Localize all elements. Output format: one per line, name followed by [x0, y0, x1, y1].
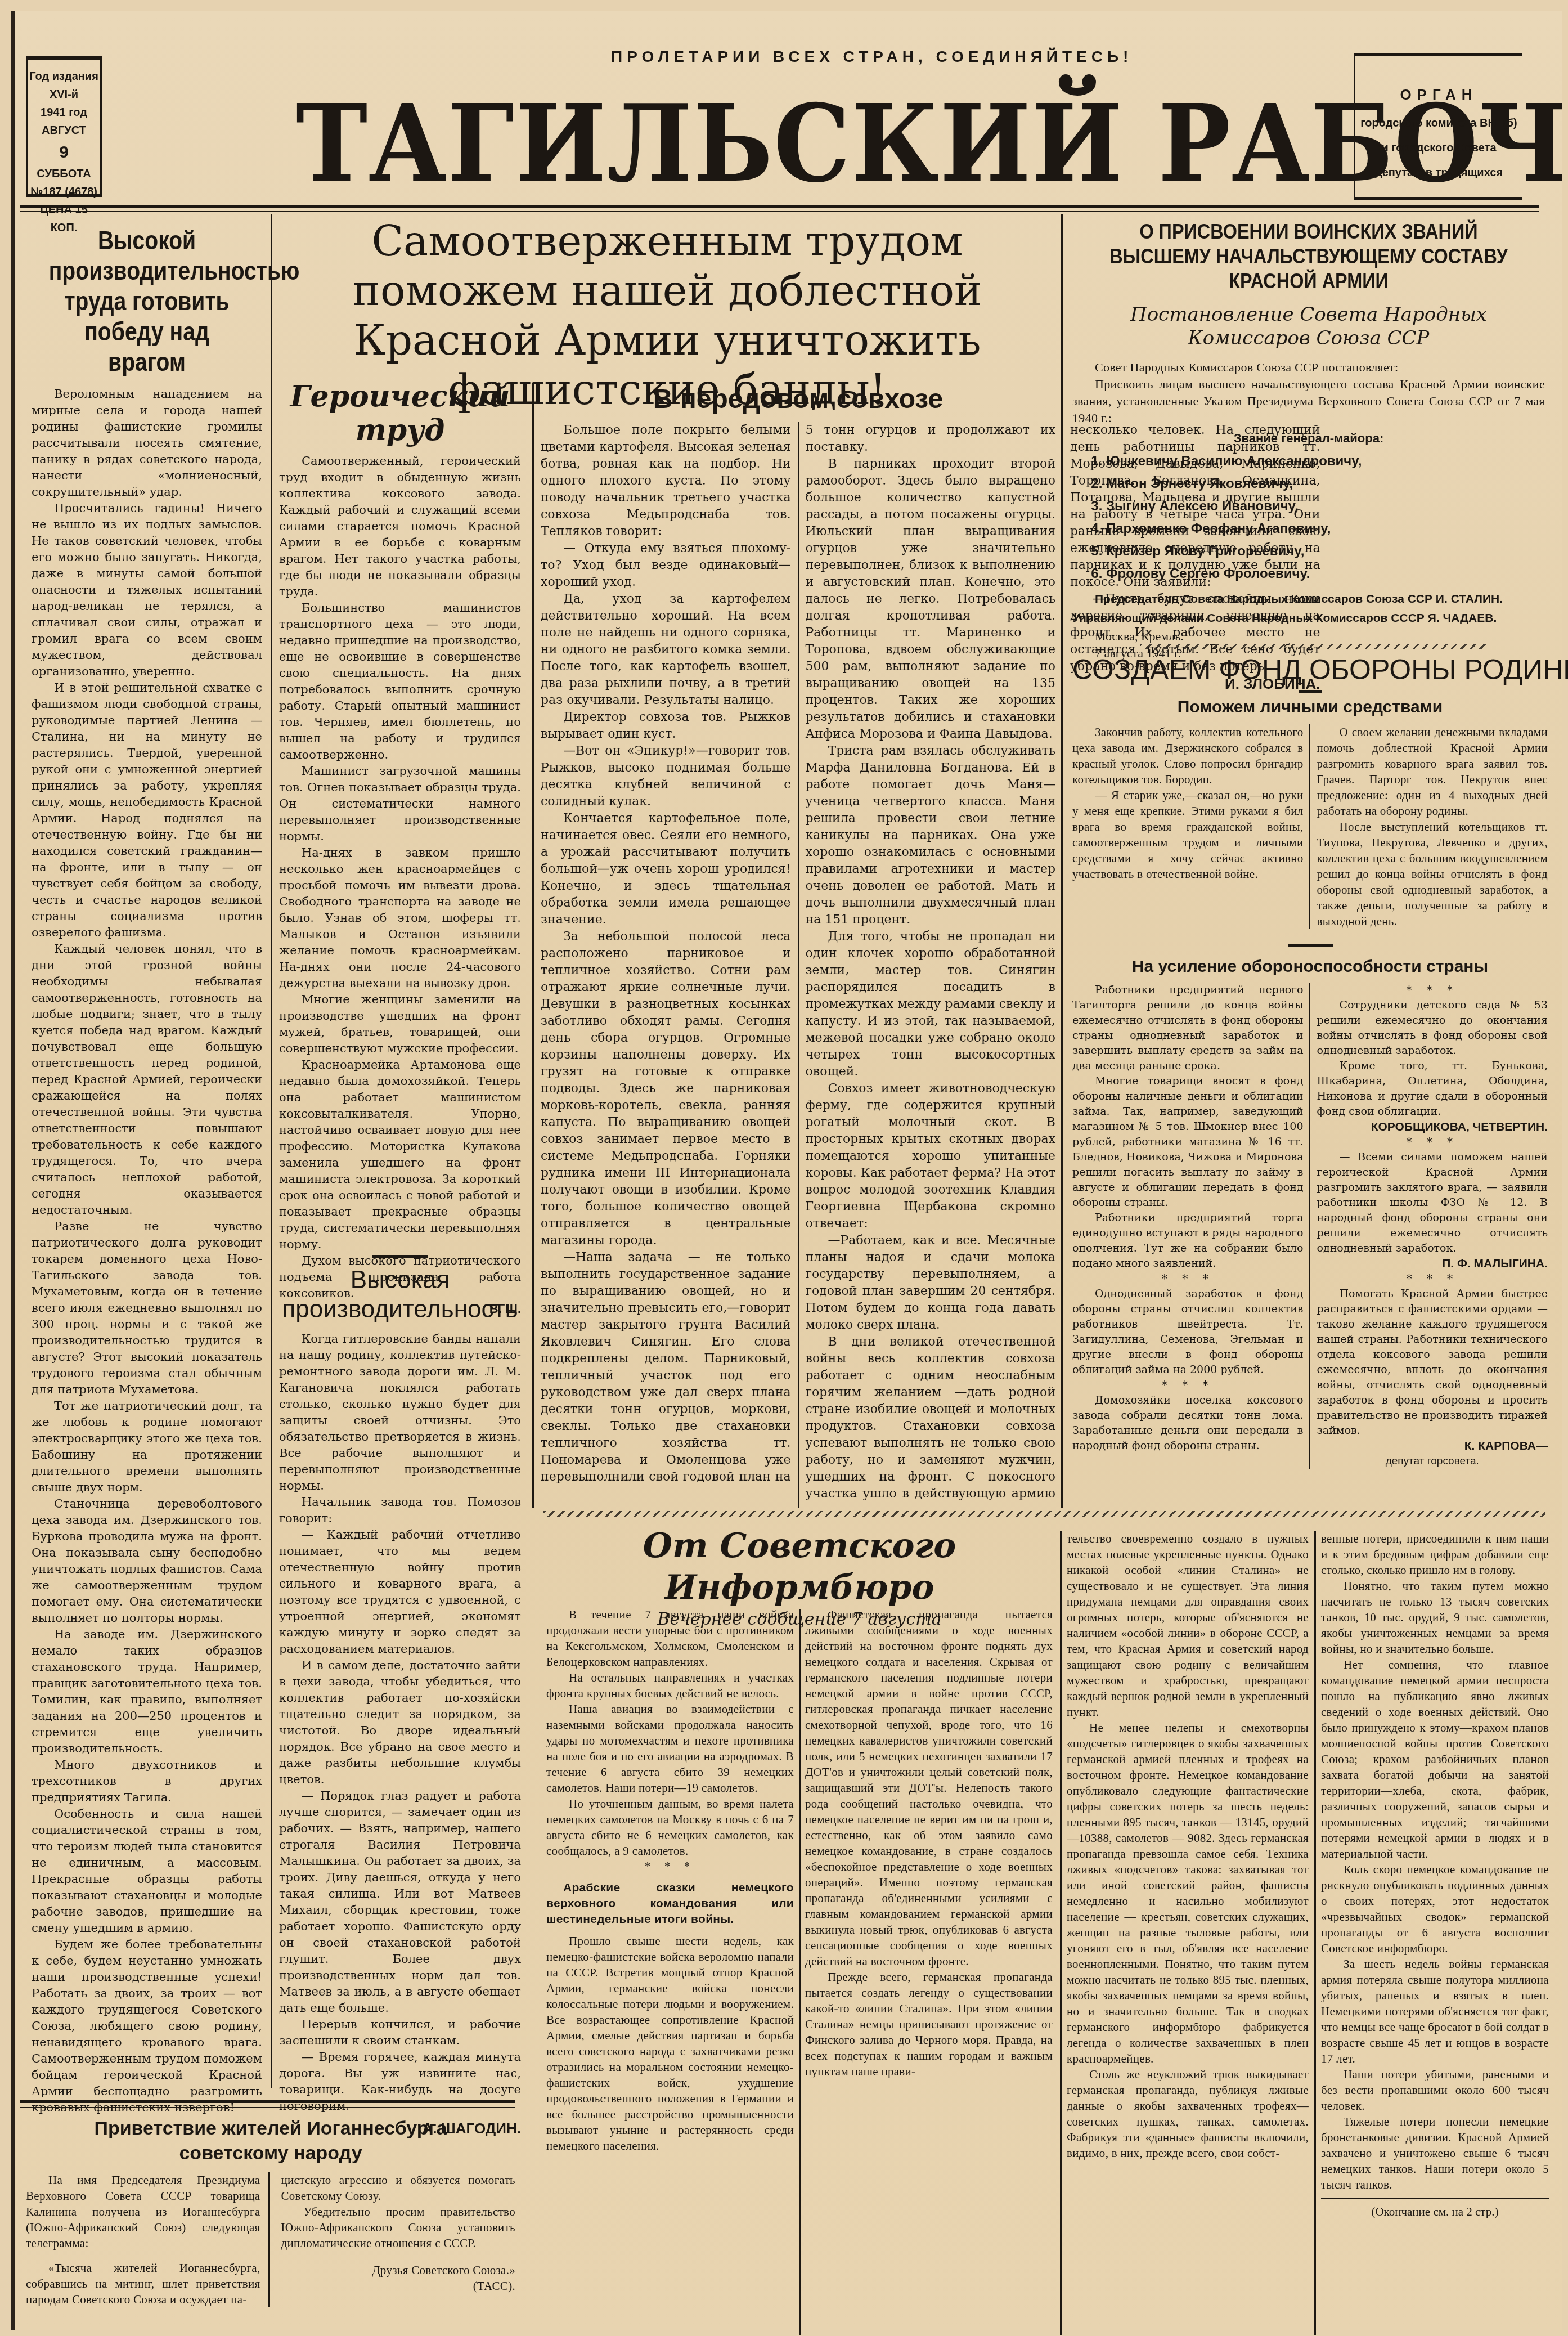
- paragraph: Прошло свыше шести недель, как немецко-ф…: [546, 1933, 794, 2154]
- column-rule: [1061, 214, 1063, 1508]
- list-item: Магон Эрнесту Яковлевичу,: [1106, 473, 1545, 495]
- separator: [20, 2107, 515, 2108]
- paragraph: Кончается картофельное поле, начинается …: [541, 810, 791, 929]
- paragraph: Самоотверженный, героический труд входит…: [279, 453, 521, 600]
- johannesburg-right: цистскую агрессию и обязуется помогать С…: [281, 2172, 516, 2307]
- paragraph: На заводе им. Дзержинского немало таких …: [32, 1626, 262, 1757]
- subsection-title: Арабские сказки немецкого верховного ком…: [546, 1880, 794, 1927]
- paragraph: Столь же неуклюжий трюк выкидывает герма…: [1067, 2066, 1309, 2161]
- high-productivity-headline: Высокая производительность: [279, 1266, 521, 1324]
- strengthen-left: Работники предприятий первого Тагилторга…: [1072, 983, 1310, 1469]
- johannesburg-left: На имя Председателя Президиума Верховног…: [26, 2172, 270, 2307]
- high-productivity-body: Когда гитлеровские банды напали на нашу …: [279, 1331, 521, 2114]
- paragraph: Закончив работу, коллектив котельного це…: [1072, 724, 1304, 787]
- personal-funds-body: Закончив работу, коллектив котельного це…: [1072, 724, 1548, 929]
- issue-number: №187 (4678): [28, 183, 100, 201]
- paragraph: Много двухсотников и трехсотников в друг…: [32, 1757, 262, 1806]
- paragraph: Совет Народных Комиссаров Союза ССР пост…: [1072, 359, 1545, 376]
- paragraph: Станочница деревоболтового цеха завода и…: [32, 1496, 262, 1626]
- paragraph: Совхоз имеет животноводческую ферму, где…: [806, 1080, 1056, 1232]
- separator: [543, 1511, 1545, 1517]
- issue-info-box: Год издания XVI-й 1941 год АВГУСТ 9 СУББ…: [26, 56, 102, 197]
- signature: Друзья Советского Союза.»: [281, 2262, 516, 2278]
- edition-month: АВГУСТ: [28, 122, 100, 140]
- column-rule: [1314, 1531, 1316, 2335]
- separator: [1140, 644, 1489, 649]
- edition-weekday: СУББОТА: [28, 165, 100, 183]
- paragraph: тельство своевременно создало в нужных м…: [1067, 1531, 1309, 1720]
- paragraph: Помогать Красной Армии быстрее расправит…: [1317, 1286, 1548, 1438]
- paragraph: Однодневный заработок в фонд обороны стр…: [1072, 1286, 1304, 1378]
- stars-separator: * * *: [1317, 983, 1548, 998]
- paragraph: — Всеми силами поможем нашей героической…: [1317, 1150, 1548, 1256]
- heroic-labor-body: Самоотверженный, героический труд входит…: [279, 453, 521, 1302]
- paragraph: Домохозяйки поселка коксового завода соб…: [1072, 1393, 1304, 1454]
- high-productivity-article: Высокая производительность Когда гитлеро…: [279, 1255, 521, 2137]
- stars-separator: * * *: [1072, 1378, 1304, 1393]
- paragraph: Каждый человек понял, что в дни этой гро…: [32, 941, 262, 1218]
- paragraph: — Откуда ему взяться плохому-то? Уход бы…: [541, 540, 791, 591]
- edition-date-year: 1941 год: [28, 104, 100, 122]
- paragraph: — Я старик уже,—сказал он,—но руки у мен…: [1072, 787, 1304, 882]
- column-rule: [532, 383, 534, 1508]
- paragraph: Прежде всего, германская пропаганда пыта…: [805, 1969, 1053, 2079]
- editorial-article: Высокой производительностью труда готови…: [32, 225, 262, 2116]
- source-tag: (ТАСС).: [281, 2278, 516, 2294]
- informburo-col-3: тельство своевременно создало в нужных м…: [1067, 1531, 1309, 2161]
- paragraph: Красноармейка Артамонова еще недавно был…: [279, 1057, 521, 1253]
- paragraph: О своем желании денежными вкладами помоч…: [1317, 724, 1548, 819]
- editorial-headline: Высокой производительностью труда готови…: [49, 225, 245, 377]
- decree-headline: О ПРИСВОЕНИИ ВОИНСКИХ ЗВАНИЙ ВЫСШЕМУ НАЧ…: [1096, 219, 1521, 294]
- personal-funds-left: Закончив работу, коллектив котельного це…: [1072, 724, 1310, 929]
- decree-subheadline: Постановление Совета Народных Комиссаров…: [1072, 303, 1545, 350]
- informburo-headline: От Советского Информбюро: [546, 1525, 1053, 1608]
- organ-line: городского комитета ВКП(б): [1355, 111, 1522, 136]
- slogan: ПРОЛЕТАРИИ ВСЕХ СТРАН, СОЕДИНЯЙТЕСЬ!: [611, 48, 1174, 66]
- paragraph: Фашистская пропаганда пытается лживыми с…: [805, 1607, 1053, 1969]
- paragraph: «Тысяча жителей Иоганнесбурга, собравшис…: [26, 2260, 260, 2307]
- organ-box: ОРГАН городского комитета ВКП(б) и город…: [1354, 53, 1522, 200]
- separator: [1299, 690, 1322, 693]
- edition-year: Год издания XVI-й: [28, 68, 100, 104]
- paragraph: Директор совхоза тов. Рыжков вырывает од…: [541, 709, 791, 743]
- heroic-labor-article: Героический труд Самоотверженный, героич…: [279, 380, 521, 1316]
- strengthen-body: Работники предприятий первого Тагилторга…: [1072, 983, 1548, 1469]
- paragraph: За шесть недель войны германская армия п…: [1321, 1956, 1549, 2066]
- list-item: Фролову Сергею Фролоевичу.: [1106, 563, 1545, 585]
- paragraph: В течение 7 августа наши войска продолжа…: [546, 1607, 794, 1670]
- signature: КОРОБЩИКОВА, ЧЕТВЕРТИН.: [1317, 1119, 1548, 1135]
- paragraph: Да, уход за картофелем действительно хор…: [541, 591, 791, 709]
- newspaper-title: ТАГИЛЬСКИЙ РАБОЧИЙ: [296, 90, 1055, 197]
- masthead-rule: [20, 205, 1539, 208]
- paragraph: Многие женщины заменили на производстве …: [279, 992, 521, 1057]
- paragraph: Машинист загрузочной машины тов. Огнев п…: [279, 763, 521, 845]
- defense-fund-section: СОЗДАЕМ ФОНД ОБОРОНЫ РОДИНЫ Поможем личн…: [1072, 653, 1548, 1469]
- paragraph: венные потери, присоединили к ним наши и…: [1321, 1531, 1549, 1578]
- list-item: Юшкевичу Василию Александровичу,: [1106, 450, 1545, 473]
- separator: [1288, 944, 1333, 947]
- paragraph: — Порядок глаз радует и работа лучше спо…: [279, 1788, 521, 2016]
- column-rule: [799, 1609, 801, 2335]
- list-item: Зыгину Алексею Ивановичу,: [1106, 495, 1545, 518]
- column-text: венные потери, присоединили к ним наши и…: [1321, 1531, 1549, 2192]
- signature: К. КАРПОВА—: [1317, 1438, 1548, 1454]
- personal-funds-headline: Поможем личными средствами: [1072, 696, 1548, 719]
- signature-role: депутат горсовета.: [1317, 1454, 1548, 1469]
- decree-rank-title: Звание генерал-майора:: [1072, 431, 1545, 446]
- paragraph: Убедительно просим правительство Южно-Аф…: [281, 2204, 516, 2251]
- paragraph: Коль скоро немецкое командование не риск…: [1321, 1862, 1549, 1956]
- decree-article: О ПРИСВОЕНИИ ВОИНСКИХ ЗВАНИЙ ВЫСШЕМУ НАЧ…: [1072, 219, 1545, 662]
- paragraph: — Каждый рабочий отчетливо понимает, что…: [279, 1527, 521, 1657]
- paragraph: Работники предприятий торга единодушно в…: [1072, 1210, 1304, 1271]
- editorial-body: Вероломным нападением на мирные села и г…: [32, 386, 262, 2116]
- paragraph: Разве не чувство патриотического долга р…: [32, 1218, 262, 1398]
- decree-body: Совет Народных Комиссаров Союза ССР пост…: [1072, 359, 1545, 427]
- column-rule: [1060, 1531, 1062, 2335]
- column-text: В течение 7 августа наши войска продолжа…: [546, 1607, 794, 2154]
- organ-line: депутатов трудящихся: [1355, 160, 1522, 185]
- decree-chairman: Председатель Совета Народных Комиссаров …: [1072, 590, 1545, 609]
- list-item: Пархоменко Феофану Агаповичу,: [1106, 518, 1545, 540]
- paragraph: Наша авиация во взаимодействии с наземны…: [546, 1701, 794, 1796]
- paragraph: Понятно, что таким путем можно насчитать…: [1321, 1578, 1549, 1657]
- paragraph: Тот же патриотический долг, та же любовь…: [32, 1398, 262, 1496]
- paragraph: — Время горячее, каждая минута дорога. В…: [279, 2049, 521, 2114]
- paragraph: За небольшой полосой леса расположено па…: [541, 929, 791, 1249]
- paragraph: Для того, чтобы не пропадал ни один клоч…: [806, 929, 1056, 1080]
- paragraph: Триста рам взялась обслуживать Марфа Дан…: [806, 743, 1056, 929]
- separator: [20, 2100, 515, 2103]
- decree-manager: Управляющий делами Совета Народных Комис…: [1072, 609, 1545, 628]
- strengthen-headline: На усиление обороноспособности страны: [1072, 956, 1548, 978]
- paragraph: Просчитались гадины! Ничего не вышло из …: [32, 500, 262, 680]
- organ-line: и городского Совета: [1355, 136, 1522, 160]
- paragraph: Нет сомнения, что главное командование н…: [1321, 1657, 1549, 1862]
- paragraph: Не менее нелепы и смехотворны «подсчеты»…: [1067, 1720, 1309, 2066]
- column-rule: [271, 214, 272, 2088]
- separator: [372, 1255, 428, 1258]
- stars-separator: * * *: [1317, 1271, 1548, 1286]
- signature: П. Ф. МАЛЫГИНА.: [1317, 1256, 1548, 1271]
- organ-title: ОРГАН: [1355, 79, 1522, 111]
- sovkhoz-article: В передовом совхозе Большое поле покрыто…: [541, 383, 1055, 1508]
- paragraph: По уточненным данным, во время налета не…: [546, 1796, 794, 1859]
- defense-fund-banner: СОЗДАЕМ ФОНД ОБОРОНЫ РОДИНЫ: [1072, 653, 1548, 687]
- stars-separator: * * *: [1317, 1135, 1548, 1150]
- paragraph: Будем же более требовательны к себе, буд…: [32, 1936, 262, 2116]
- sovkhoz-headline: В передовом совхозе: [541, 383, 1055, 416]
- informburo-col-2: Фашистская пропаганда пытается лживыми с…: [805, 1607, 1053, 2079]
- separator: [1321, 2198, 1549, 2199]
- paragraph: Большинство машинистов транспортного цех…: [279, 600, 521, 763]
- paragraph: Работники предприятий первого Тагилторга…: [1072, 983, 1304, 1074]
- column-text: Фашистская пропаганда пытается лживыми с…: [805, 1607, 1053, 2079]
- list-item: Крейзер Якову Григорьевичу,: [1106, 540, 1545, 563]
- paragraph: Когда гитлеровские банды напали на нашу …: [279, 1331, 521, 1494]
- paragraph: цистскую агрессию и обязуется помогать С…: [281, 2172, 516, 2204]
- masthead-rule-thin: [20, 211, 1539, 212]
- paragraph: Наши потери убитыми, ранеными и без вест…: [1321, 2066, 1549, 2114]
- paragraph: Перерыв кончился, и рабочие заспешили к …: [279, 2016, 521, 2049]
- paragraph: —Работаем, как и все. Месячные планы над…: [806, 1232, 1056, 1334]
- paragraph: —Вот он «Эпикур!»—говорит тов. Рыжков, в…: [541, 743, 791, 810]
- paragraph: На остальных направлениях и участках фро…: [546, 1670, 794, 1701]
- johannesburg-article: Приветствие жителей Иоганнесбурга советс…: [26, 2116, 515, 2307]
- paragraph: На-днях в завком пришло несколько жен кр…: [279, 845, 521, 992]
- stars-separator: * * *: [1072, 1271, 1304, 1286]
- continued-note: (Окончание см. на 2 стр.): [1321, 2205, 1549, 2219]
- johannesburg-body: На имя Председателя Президиума Верховног…: [26, 2172, 515, 2307]
- paragraph: Присвоить лицам высшего начальствующего …: [1072, 376, 1545, 427]
- informburo-col-4: венные потери, присоединили к ним наши и…: [1321, 1531, 1549, 2219]
- personal-funds-right: О своем желании денежными вкладами помоч…: [1317, 724, 1548, 929]
- paragraph: Большое поле покрыто белыми цветами карт…: [541, 422, 791, 540]
- sovkhoz-body: Большое поле покрыто белыми цветами карт…: [541, 422, 1055, 1508]
- decree-place: Москва, Кремль.: [1072, 628, 1545, 645]
- paragraph: Тяжелые потери понесли немецкие бронетан…: [1321, 2114, 1549, 2192]
- paragraph: После выступлений котельщиков тт. Тиунов…: [1317, 819, 1548, 929]
- paragraph: Начальник завода тов. Помозов говорит:: [279, 1494, 521, 1527]
- paragraph: Многие товарищи вносят в фонд обороны на…: [1072, 1074, 1304, 1210]
- paragraph: В парниках проходит второй рамооборот. З…: [806, 456, 1056, 743]
- paragraph: Вероломным нападением на мирные села и г…: [32, 386, 262, 500]
- edition-day: 9: [28, 140, 100, 165]
- heroic-labor-headline: Героический труд: [279, 380, 521, 447]
- paragraph: На имя Председателя Президиума Верховног…: [26, 2172, 260, 2251]
- strengthen-right: * * * Сотрудники детского сада № 53 реши…: [1317, 983, 1548, 1469]
- decree-names-list: Юшкевичу Василию Александровичу, Магон Э…: [1106, 450, 1545, 585]
- paragraph: И в этой решительной схватке с фашизмом …: [32, 680, 262, 941]
- column-text: тельство своевременно создало в нужных м…: [1067, 1531, 1309, 2161]
- paragraph: И в самом деле, достаточно зайти в цехи …: [279, 1657, 521, 1788]
- paragraph: Особенность и сила нашей социалистическо…: [32, 1806, 262, 1936]
- stars-separator: * * *: [546, 1859, 794, 1875]
- informburo-col-1: В течение 7 августа наши войска продолжа…: [546, 1607, 794, 2154]
- paragraph: Сотрудники детского сада № 53 решили еже…: [1317, 998, 1548, 1059]
- newspaper-page: Год издания XVI-й 1941 год АВГУСТ 9 СУББ…: [11, 11, 1562, 2330]
- johannesburg-headline: Приветствие жителей Иоганнесбурга советс…: [26, 2116, 515, 2165]
- paragraph: Кроме того, тт. Бунькова, Шкабарина, Опл…: [1317, 1059, 1548, 1119]
